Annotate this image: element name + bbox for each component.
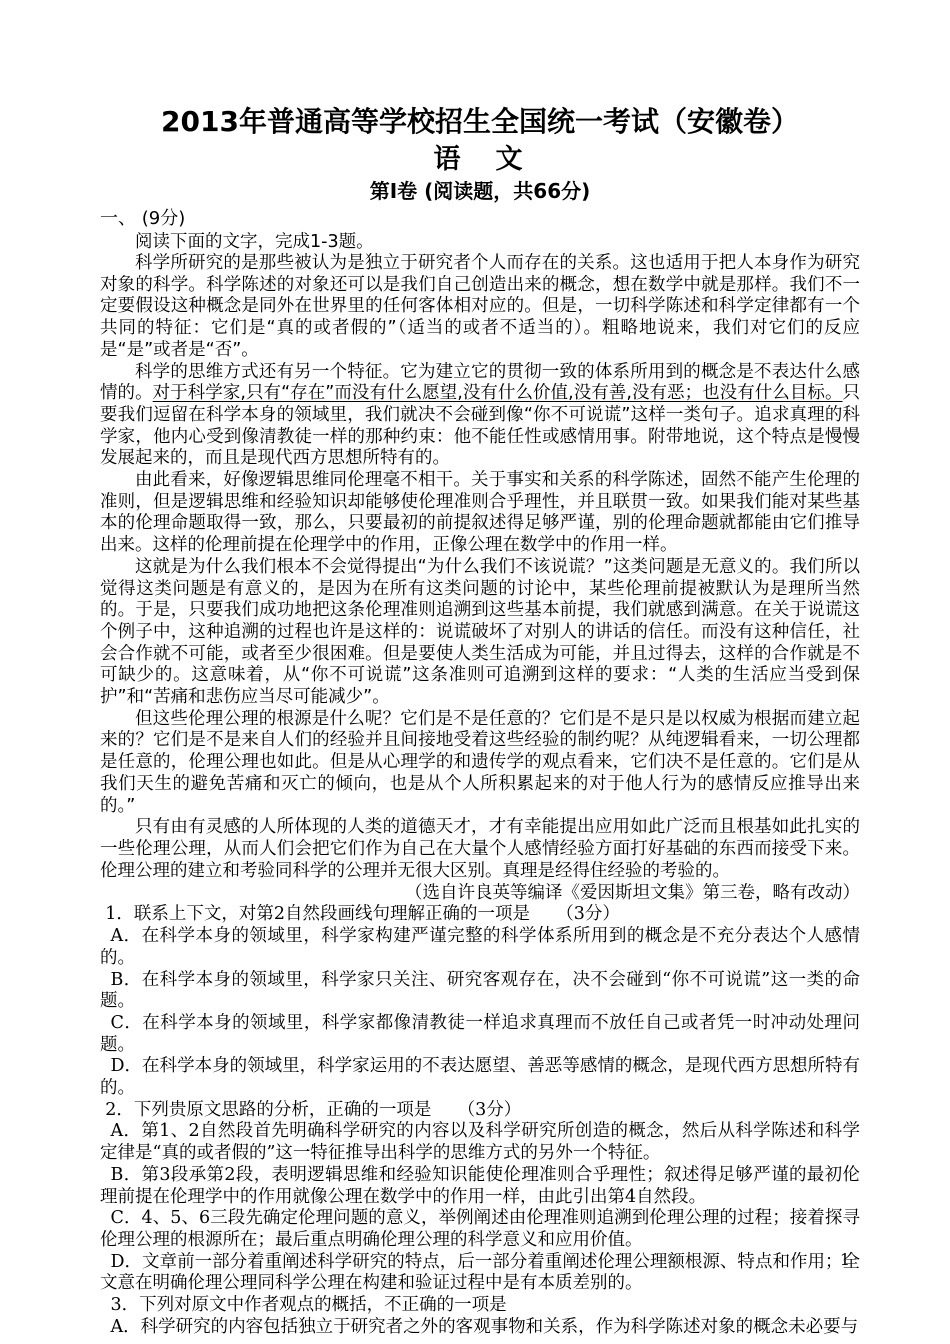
passage-paragraph-3: 由此看来，好像逻辑思维同伦理毫不相干。关于事实和关系的科学陈述，固然不能产生伦理… (100, 470, 860, 557)
question-3-option-a: A．科学研究的内容包括独立于研究者之外的客观事物和关系，作为科学陈述对象的概念未… (100, 1317, 860, 1339)
page-number: 1 (840, 1250, 850, 1270)
question-2-option-b: B．第3段承第2段，表明逻辑思维和经验知识能使伦理准则合乎理性；叙述得足够严谨的… (100, 1165, 860, 1208)
question-2-option-c: C．4、5、6三段先确定伦理问题的意义，举例阐述由伦理准则追溯到伦理公理的过程；… (100, 1208, 860, 1251)
question-2-option-a: A．第1、2自然段首先明确科学研究的内容以及科学研究所创造的概念，然后从科学陈述… (100, 1121, 860, 1164)
volume-heading: 第Ⅰ卷 (阅读题，共66分) (100, 177, 860, 206)
exam-paper-page: 2013年普通高等学校招生全国统一考试（安徽卷） 语 文 第Ⅰ卷 (阅读题，共6… (0, 0, 950, 1344)
source-attribution: （选自许良英等编译《爱因斯坦文集》第三卷，略有改动） (100, 882, 860, 904)
section-one-label: 一、 (9分) (100, 206, 860, 231)
question-1-stem: 1．联系上下文，对第2自然段画线句理解正确的一项是 （3分） (100, 904, 860, 926)
question-2-option-d: D．文章前一部分着重阐述科学研究的特点，后一部分着重阐述伦理公理额根源、特点和作… (100, 1252, 860, 1295)
questions-section: 1．联系上下文，对第2自然段画线句理解正确的一项是 （3分） A．在科学本身的领… (100, 904, 860, 1338)
page-title: 2013年普通高等学校招生全国统一考试（安徽卷） (100, 102, 860, 142)
question-1-option-d: D．在科学本身的领域里，科学家运用的不表达愿望、善恶等感情的概念，是现代西方思想… (100, 1056, 860, 1099)
passage-paragraph-4: 这就是为什么我们根本不会觉得提出“为什么我们不该说谎？”这类问题是无意义的。我们… (100, 557, 860, 709)
reading-instruction: 阅读下面的文字，完成1-3题。 (100, 231, 860, 253)
passage-paragraph-1: 科学所研究的是那些被认为是独立于研究者个人而存在的关系。这也适用于把人本身作为研… (100, 253, 860, 362)
question-1-option-a: A．在科学本身的领域里，科学家构建严谨完整的科学体系所用到的概念是不充分表达个人… (100, 926, 860, 969)
passage-paragraph-6: 只有由有灵感的人所体现的人类的道德天才，才有幸能提出应用如此广泛而且根基如此扎实… (100, 817, 860, 882)
question-3-stem: 3．下列对原文中作者观点的概括，不正确的一项是 (100, 1295, 860, 1317)
question-1-option-c: C．在科学本身的领域里，科学家都像清教徒一样追求真理而不放任自己或者凭一时冲动处… (100, 1013, 860, 1056)
subject-title: 语 文 (100, 142, 860, 177)
question-2-stem: 2．下列贵原文思路的分析，正确的一项是 （3分） (100, 1100, 860, 1122)
question-1-option-b: B．在科学本身的领域里，科学家只关注、研究客观存在，决不会碰到“你不可说谎”这一… (100, 970, 860, 1013)
passage-paragraph-5: 但这些伦理公理的根源是什么呢？它们是不是任意的？它们是不是只是以权威为根据而建立… (100, 709, 860, 818)
passage-paragraph-2: 科学的思维方式还有另一个特征。它为建立它的贯彻一致的体系所用到的概念是不表达什么… (100, 362, 860, 471)
reading-passage: 科学所研究的是那些被认为是独立于研究者个人而存在的关系。这也适用于把人本身作为研… (100, 253, 860, 882)
underlined-sentence: 对于科学家,只有“存在”而没有什么愿望,没有什么价值,没有善,没有恶；也没有什么… (153, 383, 843, 403)
